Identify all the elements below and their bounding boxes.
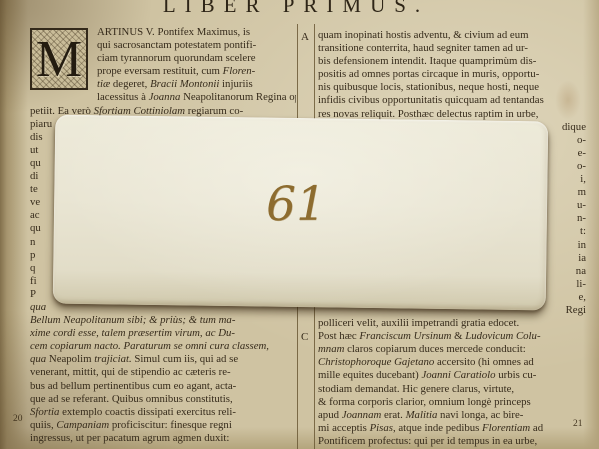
text-line: ARTINUS V. Pontifex Maximus, is — [97, 26, 296, 39]
text-line: quam inopinati hostis adventu, & civium … — [318, 29, 586, 42]
text-line: Pontificem profectus: qui per id tempus … — [318, 435, 586, 448]
text-line: que ad se referant. Quibus omnibus const… — [30, 393, 296, 406]
text-line: nis quibusque locis, stationibus, neque … — [318, 81, 586, 94]
text-line: lacessitus à Joanna Neapolitanorum Regin… — [97, 91, 296, 104]
right-column-top-lines: quam inopinati hostis adventu, & civium … — [318, 29, 586, 121]
text-line: apud Joannam erat. Malitia navi longa, a… — [318, 409, 586, 422]
text-line: mille equites ducebant) Joanni Caratiolo… — [318, 369, 586, 382]
drop-cap-initial: M — [30, 28, 88, 90]
text-line: stodiam demandat. Hic genere clarus, vir… — [318, 383, 586, 396]
text-line: transitione conterrita, haud segniter ta… — [318, 42, 586, 55]
right-column-bottom-lines: polliceri velit, auxilii impetrandi grat… — [318, 317, 586, 448]
text-line: ciam tyrannorum quorundam scelere — [97, 52, 296, 65]
text-line: prope eversam restituit, cum Floren- — [97, 65, 296, 78]
text-line: ingressus, ut per pacatum agrum agmen du… — [30, 432, 296, 445]
text-line: xime cordi esse, talem præsertim virum, … — [30, 327, 296, 340]
text-line: bis defensionem intendit. Itaque quampri… — [318, 55, 586, 68]
left-column-bottom-lines: Bellum Neapolitanum sibi; & priùs; & tum… — [30, 314, 296, 445]
overlay-slip-card: 61 — [53, 115, 549, 311]
gutter-letter-c: C — [301, 331, 308, 343]
text-line: tiæ degeret, Bracii Montonii injuriis — [97, 78, 296, 91]
text-line: Post hæc Franciscum Ursinum & Ludovicum … — [318, 330, 586, 343]
text-line: infidis civibus opportunitatis quicquam … — [318, 94, 586, 107]
text-line: & forma corporis clarior, omnium longè p… — [318, 396, 586, 409]
book-page-photo: LIBER PRIMUS. A C 20 21 M ARTINUS V. Pon… — [0, 0, 599, 449]
text-line: qua Neapolim trajiciat. Simul cum iis, q… — [30, 353, 296, 366]
text-line: Sfortia extemplo coactis dissipati exerc… — [30, 406, 296, 419]
text-line: Bellum Neapolitanum sibi; & priùs; & tum… — [30, 314, 296, 327]
gutter-letter-a: A — [301, 31, 309, 43]
text-line: venerant, mittit, qui de stipendio ac cæ… — [30, 366, 296, 379]
text-line: quiis, Campaniam proficiscitur: finesque… — [30, 419, 296, 432]
page-title: LIBER PRIMUS. — [6, 0, 586, 18]
text-line: bus ad bellum pertinentibus cum eo agant… — [30, 380, 296, 393]
text-line: positis ad omnes portas circaque in muri… — [318, 68, 586, 81]
text-line: polliceri velit, auxilii impetrandi grat… — [318, 317, 586, 330]
text-line: cem copiarum nacto. Paraturum se omni cu… — [30, 340, 296, 353]
card-number: 61 — [266, 177, 326, 232]
text-line: mnam claros copiarum duces mercede condu… — [318, 343, 586, 356]
text-line: mi acceptis Pisas, atque inde pedibus Fl… — [318, 422, 586, 435]
text-line: qui sacrosanctam potestatem pontifi- — [97, 39, 296, 52]
text-line: Christophoroque Gajetano accersito (hi o… — [318, 356, 586, 369]
margin-note-left: 20 — [13, 414, 23, 424]
